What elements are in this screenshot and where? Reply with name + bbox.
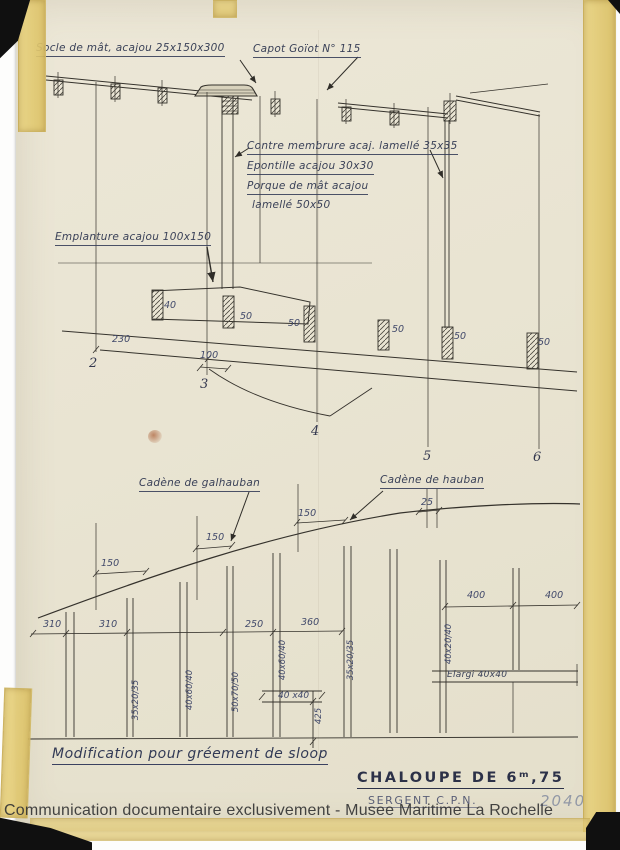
plan-title: CHALOUPE DE 6ᵐ,75 [357, 770, 564, 789]
dim-250: 250 [245, 619, 263, 630]
deck-profile [46, 76, 548, 118]
dim-40: 40 [164, 300, 176, 311]
scantling-3: 50x70/50 [231, 672, 241, 712]
dim-50e: 50 [538, 337, 550, 348]
annotation-porque-line2: lamellé 50x50 [252, 199, 331, 212]
annotation-mortaise: 40 x40 [278, 691, 309, 701]
station-4: 4 [311, 424, 319, 439]
dim-25: 25 [421, 497, 433, 508]
dim-150a: 150 [101, 558, 119, 569]
tape-left-bottom [0, 688, 32, 819]
scantling-6: 40x20/40 [444, 624, 454, 664]
dim-50b: 50 [288, 318, 300, 329]
station-3: 3 [200, 377, 208, 392]
dim-425-vertical: 425 [314, 708, 324, 724]
keel-and-emplanture [62, 287, 577, 416]
dim-230: 230 [112, 334, 130, 345]
dim-100: 100 [200, 350, 218, 361]
tape-bottom [30, 818, 590, 841]
station-6: 6 [533, 450, 541, 465]
scanned-plan-page: Socle de mât, acajou 25x150x300 Capot Go… [0, 0, 620, 850]
annotation-cadene-galhauban: Cadène de galhauban [139, 477, 260, 492]
technical-drawing [0, 0, 620, 850]
dim-50d: 50 [454, 331, 466, 342]
tape-top-small [213, 0, 237, 18]
dim-400a: 400 [467, 590, 485, 601]
deck-beams [54, 80, 456, 125]
detail-boxes [262, 664, 578, 748]
museum-watermark: Communication documentaire exclusivement… [4, 802, 616, 820]
scantling-2: 40x60/40 [185, 670, 195, 710]
scantling-1: 35x20/35 [131, 680, 141, 720]
station-5: 5 [423, 449, 431, 464]
annotation-contre-membrure: Contre membrure acaj. lamellé 35x35 [247, 140, 458, 155]
dim-310b: 310 [99, 619, 117, 630]
annotation-cadene-hauban: Cadène de hauban [380, 474, 484, 489]
dim-50a: 50 [240, 311, 252, 322]
dim-150c: 150 [298, 508, 316, 519]
station-2: 2 [89, 356, 97, 371]
annotation-capot-goiot: Capot Goïot N° 115 [253, 43, 361, 58]
annotation-elargi: Elargi 40x40 [447, 670, 507, 681]
annotation-porque-line1: Porque de mât acajou [247, 180, 368, 195]
scantling-4: 40x60/40 [278, 640, 288, 680]
annotation-socle-de-mat: Socle de mât, acajou 25x150x300 [36, 42, 225, 57]
modification-note: Modification pour gréement de sloop [52, 746, 328, 765]
dim-360: 360 [301, 617, 319, 628]
annotation-emplanture: Emplanture acajou 100x150 [55, 231, 211, 246]
dim-310a: 310 [43, 619, 61, 630]
dim-400b: 400 [545, 590, 563, 601]
mast-and-station-lines [58, 82, 539, 449]
dim-50c: 50 [392, 324, 404, 335]
tape-right [583, 0, 616, 832]
dim-150b: 150 [206, 532, 224, 543]
annotation-epontille: Epontille acajou 30x30 [247, 160, 374, 175]
scantling-5: 35x20/35 [346, 640, 356, 680]
